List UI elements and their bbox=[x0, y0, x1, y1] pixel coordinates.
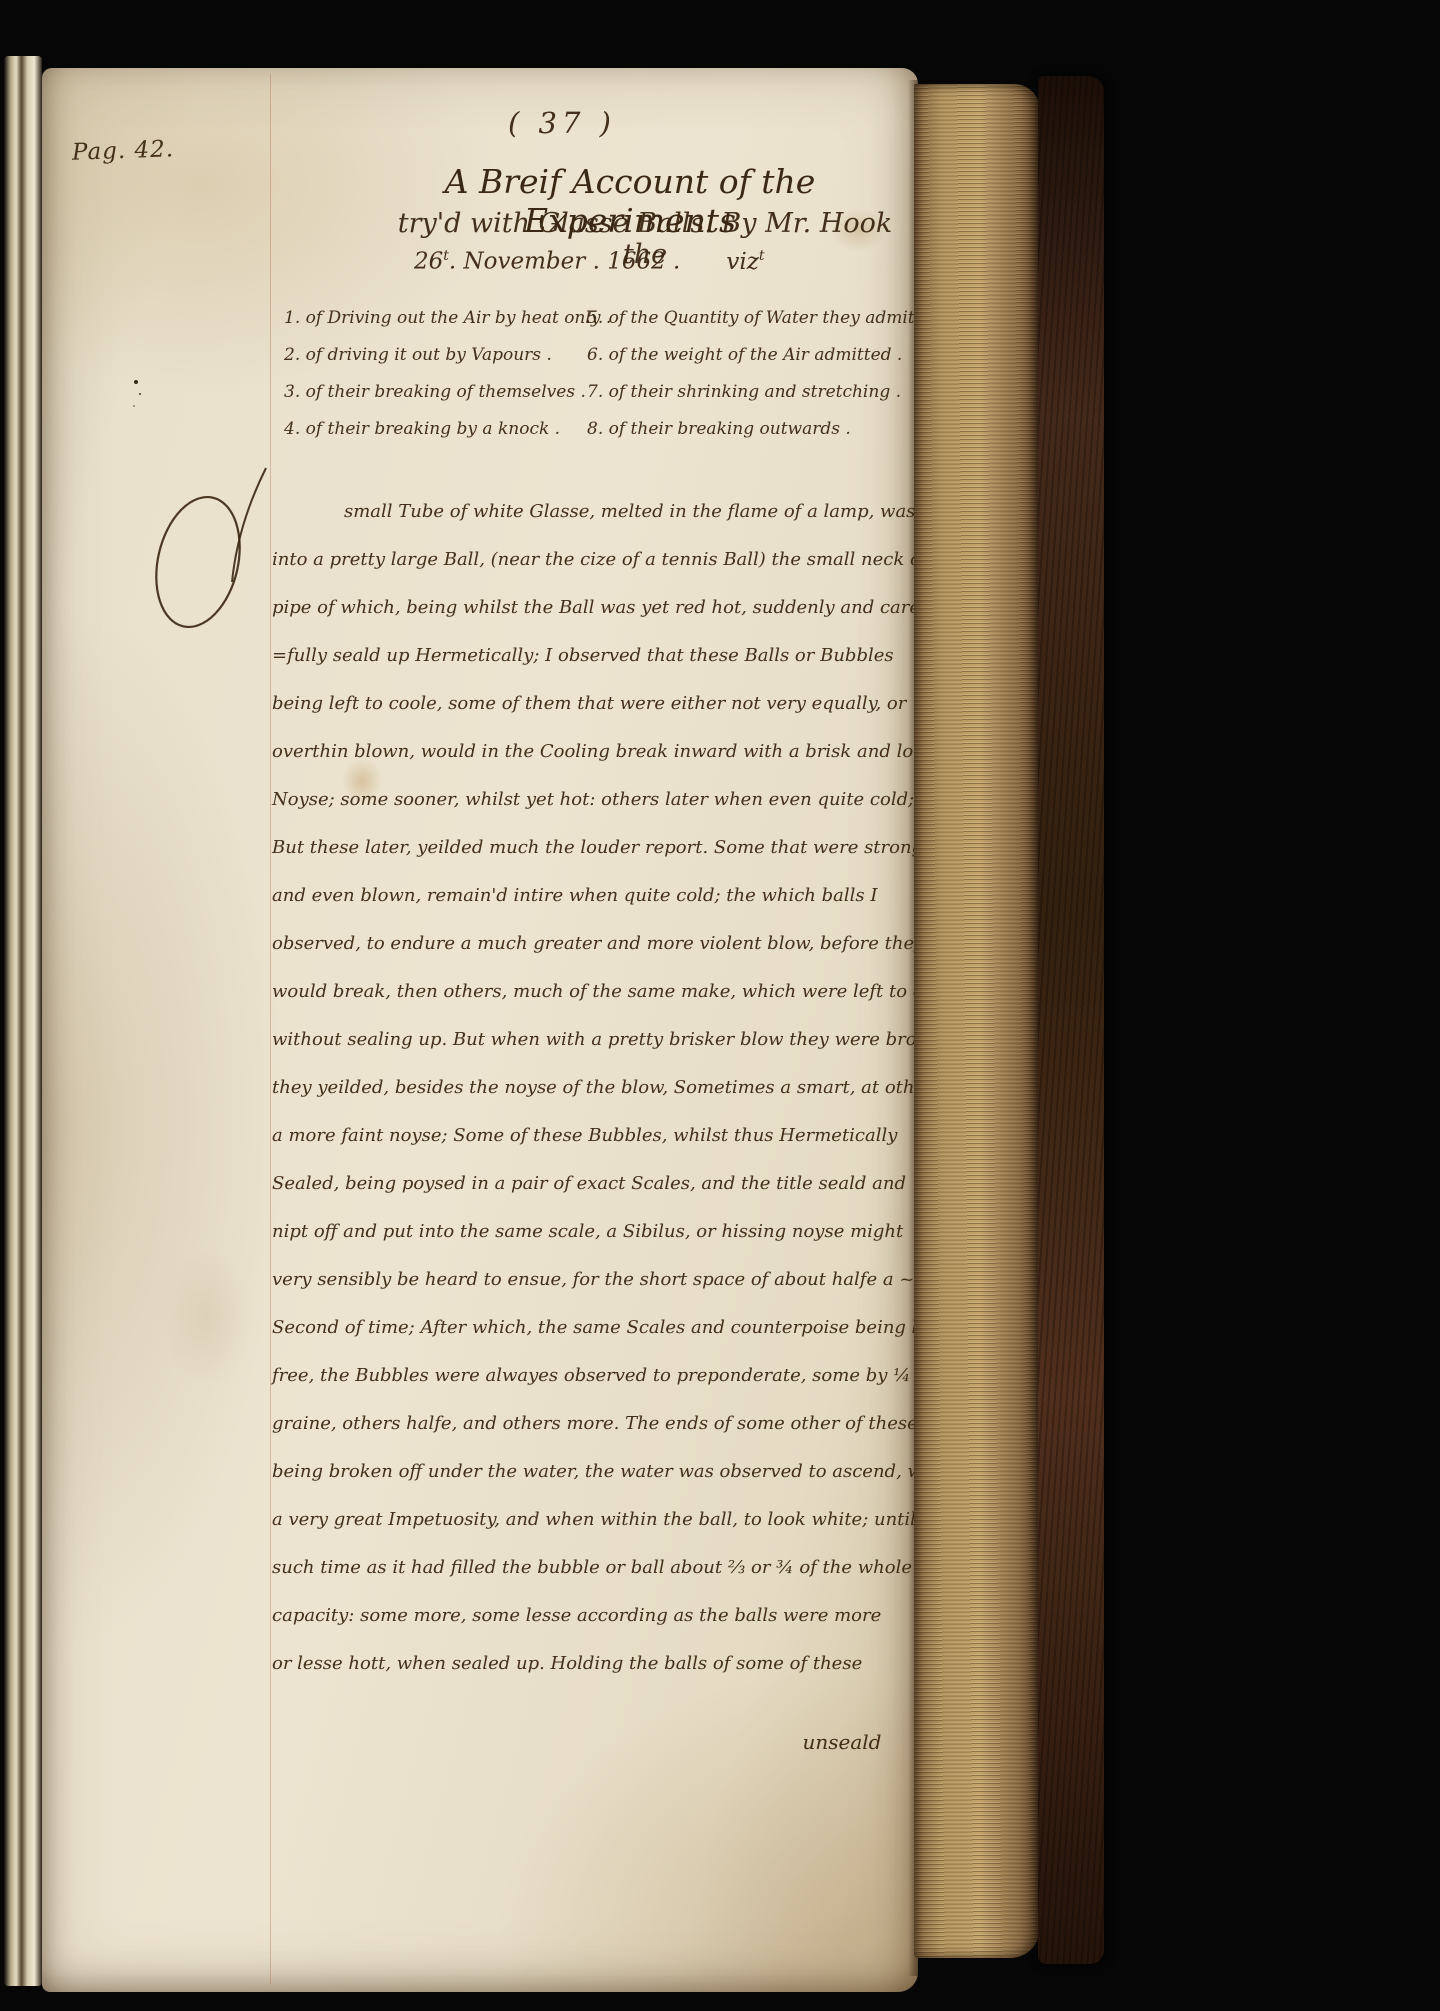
viz-label: viz bbox=[726, 249, 758, 275]
manuscript-photo: Pag. 42. ( 37 ) A Breif Account of the E… bbox=[0, 0, 1440, 2011]
folio-number: ( 37 ) bbox=[442, 106, 682, 140]
experiment-item: 4. of their breaking by a knock . bbox=[284, 411, 611, 448]
date-rest: . November . 1662 . bbox=[449, 249, 680, 275]
experiment-item: 1. of Driving out the Air by heat only . bbox=[284, 300, 611, 337]
body-text-line: or lesse hott, when sealed up. Holding t… bbox=[272, 1640, 932, 1688]
body-text-line: graine, others halfe, and others more. T… bbox=[272, 1400, 932, 1448]
body-text-line: nipt off and put into the same scale, a … bbox=[272, 1208, 932, 1256]
body-text-line: Second of time; After which, the same Sc… bbox=[272, 1304, 932, 1352]
book-fore-edge-pages bbox=[914, 84, 1040, 1958]
body-text: small Tube of white Glasse, melted in th… bbox=[272, 488, 932, 1688]
experiment-list-right: 5. of the Quantity of Water they admitte… bbox=[587, 300, 953, 448]
decorative-initial-A bbox=[148, 464, 270, 646]
body-text-line: Sealed, being poysed in a pair of exact … bbox=[272, 1160, 932, 1208]
body-text-line: capacity: some more, some lesse accordin… bbox=[272, 1592, 932, 1640]
manuscript-page: Pag. 42. ( 37 ) A Breif Account of the E… bbox=[42, 68, 918, 1992]
body-text-line: free, the Bubbles were alwayes observed … bbox=[272, 1352, 932, 1400]
experiment-item: 2. of driving it out by Vapours . bbox=[284, 337, 611, 374]
body-text-line: observed, to endure a much greater and m… bbox=[272, 920, 932, 968]
experiment-item: 5. of the Quantity of Water they admitte… bbox=[587, 300, 953, 337]
ink-specks bbox=[134, 380, 138, 384]
body-text-line: overthin blown, would in the Cooling bre… bbox=[272, 728, 932, 776]
body-text-line: they yeilded, besides the noyse of the b… bbox=[272, 1064, 932, 1112]
body-text-line: a more faint noyse; Some of these Bubble… bbox=[272, 1112, 932, 1160]
date-day: 26 bbox=[414, 249, 443, 275]
catchword: unseald bbox=[772, 1730, 912, 1754]
experiment-item: 7. of their shrinking and stretching . bbox=[587, 374, 953, 411]
body-text-line: being broken off under the water, the wa… bbox=[272, 1448, 932, 1496]
body-text-line: =fully seald up Hermetically; I observed… bbox=[272, 632, 932, 680]
margin-rule-line bbox=[270, 74, 271, 1984]
experiment-item: 8. of their breaking outwards . bbox=[587, 411, 953, 448]
viz-superscript: t bbox=[759, 248, 765, 264]
body-text-line: would break, then others, much of the sa… bbox=[272, 968, 932, 1016]
body-text-line: a very great Impetuosity, and when withi… bbox=[272, 1496, 932, 1544]
body-text-line: and even blown, remain'd intire when qui… bbox=[272, 872, 932, 920]
body-text-line: without sealing up. But when with a pret… bbox=[272, 1016, 932, 1064]
margin-page-note: Pag. 42. bbox=[72, 136, 175, 166]
experiment-item: 6. of the weight of the Air admitted . bbox=[587, 337, 953, 374]
body-text-line: But these later, yeilded much the louder… bbox=[272, 824, 932, 872]
body-text-line: small Tube of white Glasse, melted in th… bbox=[272, 488, 932, 536]
experiment-list-left: 1. of Driving out the Air by heat only .… bbox=[284, 300, 611, 448]
book-leather-cover bbox=[1038, 76, 1104, 1964]
experiment-item: 3. of their breaking of themselves . bbox=[284, 374, 611, 411]
body-text-line: being left to coole, some of them that w… bbox=[272, 680, 932, 728]
body-text-line: very sensibly be heard to ensue, for the… bbox=[272, 1256, 932, 1304]
page-stain bbox=[162, 1248, 252, 1388]
body-text-line: into a pretty large Ball, (near the cize… bbox=[272, 536, 932, 584]
body-text-line: such time as it had filled the bubble or… bbox=[272, 1544, 932, 1592]
body-text-line: pipe of which, being whilst the Ball was… bbox=[272, 584, 932, 632]
title-date-line: 26t. November . 1662 .vizt bbox=[414, 248, 764, 275]
body-text-line: Noyse; some sooner, whilst yet hot: othe… bbox=[272, 776, 932, 824]
left-page-edges bbox=[4, 56, 42, 1986]
